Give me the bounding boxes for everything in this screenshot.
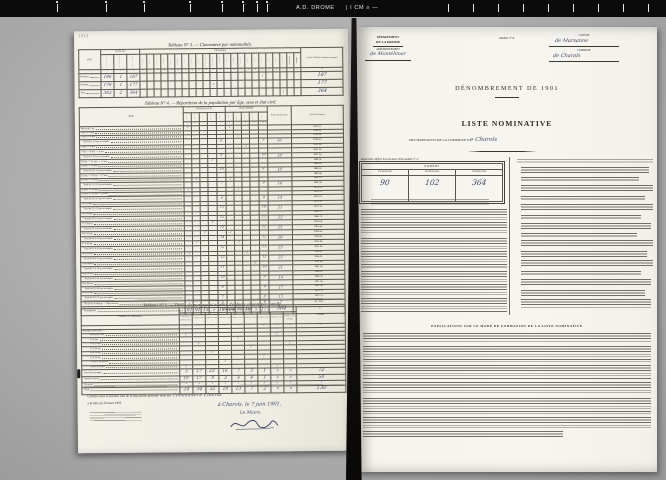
ruler-tick-label bbox=[242, 1, 244, 3]
ruler-tick bbox=[243, 4, 244, 12]
count-cell: 32 bbox=[206, 386, 219, 393]
francais-count: 364 bbox=[127, 89, 140, 97]
count-cell: 24 bbox=[180, 386, 193, 393]
col-header: Par naturalisation. bbox=[114, 54, 127, 69]
report-value: 102 bbox=[409, 176, 456, 202]
printed-text-block bbox=[363, 382, 651, 395]
col-header-age: ÂGE. bbox=[79, 107, 183, 127]
printed-text-block bbox=[521, 299, 651, 309]
col-header-duree: DURÉE DU MARIAGE. bbox=[81, 308, 179, 326]
microfilm-ruler: A.D. DROME | I CM ≡ — bbox=[0, 0, 666, 17]
etranger-count: · bbox=[231, 88, 238, 96]
header-rule bbox=[365, 60, 411, 61]
printed-text-block bbox=[363, 398, 651, 414]
etranger-count bbox=[175, 89, 182, 97]
etranger-count bbox=[266, 72, 273, 80]
col-header: 3 enfants vivants. bbox=[218, 312, 231, 324]
francais-count: 176 bbox=[101, 82, 114, 90]
scale-label: | I CM ≡ — bbox=[346, 5, 378, 11]
etranger-count bbox=[294, 88, 301, 96]
commune-label: COMMUNE bbox=[549, 49, 619, 52]
habitants-printed: DES HABITANTS DE LA COMMUNE D bbox=[409, 138, 469, 142]
printed-text-block bbox=[361, 298, 507, 312]
printed-text-block bbox=[363, 333, 651, 343]
printed-text-block bbox=[521, 185, 653, 193]
denombrement-title: DÉNOMBREMENT DE 1901 bbox=[357, 85, 657, 92]
etranger-count: · bbox=[140, 73, 147, 81]
header-rule bbox=[549, 46, 619, 47]
francais-count: 2 bbox=[114, 89, 127, 97]
etranger-count bbox=[231, 72, 238, 80]
printed-text-block bbox=[521, 167, 649, 174]
col-header: Garçons. bbox=[183, 113, 191, 122]
etranger-count bbox=[154, 89, 161, 97]
etranger-count bbox=[154, 81, 161, 89]
report-value: 90 bbox=[362, 176, 409, 202]
etranger-count bbox=[168, 73, 175, 81]
etranger-count bbox=[196, 81, 203, 89]
etranger-count: · bbox=[280, 72, 287, 80]
etranger-count bbox=[224, 88, 231, 96]
etranger-count bbox=[154, 73, 161, 81]
etranger-count bbox=[140, 81, 147, 89]
printed-text-block bbox=[517, 159, 653, 163]
francais-count: 186 bbox=[101, 74, 114, 82]
col-header: Divorcés. bbox=[207, 112, 216, 121]
printed-text-block bbox=[521, 251, 647, 257]
mayor-signature bbox=[228, 415, 280, 431]
table-row: 90102364 bbox=[362, 176, 503, 202]
etranger-count bbox=[231, 80, 238, 88]
etranger-count: · bbox=[203, 81, 210, 89]
column-divider bbox=[509, 157, 510, 315]
etranger-count bbox=[252, 80, 259, 88]
col-header: Total. bbox=[258, 112, 267, 121]
etranger-count bbox=[196, 73, 203, 81]
ruler-tick bbox=[623, 4, 624, 12]
col-header-sexe: SEXE. bbox=[79, 50, 101, 71]
etranger-count bbox=[245, 80, 252, 88]
arrondissement-label: ARRONDISSEMENT bbox=[359, 48, 417, 51]
etranger-count bbox=[175, 81, 182, 89]
etranger-count: 1 bbox=[259, 72, 266, 80]
printed-text-block bbox=[521, 223, 651, 230]
col-header-total: TOTAL des deux sexes. bbox=[267, 106, 291, 125]
ruler-tick bbox=[523, 4, 524, 12]
etranger-count bbox=[217, 73, 224, 81]
etranger-count: 1 bbox=[210, 81, 217, 89]
etranger-count bbox=[147, 81, 154, 89]
etranger-count bbox=[224, 80, 231, 88]
printed-text-block bbox=[521, 260, 653, 268]
col-header: Veufs. bbox=[199, 113, 207, 122]
etranger-count bbox=[161, 73, 168, 81]
departement-value: DE LA DROME bbox=[359, 40, 417, 44]
etranger-count bbox=[140, 89, 147, 97]
ink-blot bbox=[77, 369, 80, 378]
etranger-count: · bbox=[175, 73, 182, 81]
ruler-tick bbox=[598, 4, 599, 12]
col-header: 6 enfants vivants. bbox=[257, 312, 270, 324]
ruler-tick-label bbox=[105, 1, 107, 3]
report-caption: Report des chiffres inscrits dans l'État… bbox=[361, 158, 419, 161]
etranger-count bbox=[189, 73, 196, 81]
etranger-count bbox=[259, 80, 266, 88]
count-cell: 2 bbox=[258, 386, 271, 393]
ruler-tick bbox=[267, 4, 268, 12]
etranger-count bbox=[189, 89, 196, 97]
col-header: 1 enfant vivant. bbox=[192, 313, 205, 325]
etranger-count bbox=[182, 81, 189, 89]
col-header: Mariés. bbox=[191, 113, 199, 122]
ruler-tick bbox=[144, 4, 145, 12]
count-cell: 34 bbox=[193, 386, 206, 393]
col-header: Filles. bbox=[225, 112, 233, 121]
printed-text-block bbox=[521, 240, 653, 248]
printed-text-block bbox=[363, 365, 651, 379]
etranger-count bbox=[182, 89, 189, 97]
etranger-count bbox=[203, 89, 210, 97]
col-header: Veuves. bbox=[241, 112, 249, 121]
etranger-count: · bbox=[238, 80, 245, 88]
ruler-tick bbox=[57, 4, 58, 12]
row-label: Total. bbox=[82, 387, 180, 395]
printed-text-block bbox=[521, 177, 639, 182]
printed-text-block bbox=[361, 271, 507, 295]
tapered-divider bbox=[467, 151, 537, 152]
col-header: Total. bbox=[216, 112, 225, 121]
ruler-tick-label bbox=[143, 1, 145, 3]
francais-count: 362 bbox=[101, 90, 114, 98]
ruler-tick-label bbox=[221, 1, 223, 3]
printed-text-block bbox=[371, 199, 489, 205]
etranger-count bbox=[168, 89, 175, 97]
etranger-count: · bbox=[210, 73, 217, 81]
left-page-statistics: 1913 Tableau N° 3. — Classement par nati… bbox=[74, 29, 352, 454]
etranger-count bbox=[147, 73, 154, 81]
col-header: Total des étrangers. bbox=[294, 53, 301, 68]
francais-count: 177 bbox=[127, 81, 140, 89]
certification-date-printed: à la date du 29 mars 1901. bbox=[88, 401, 123, 405]
modele-number: Modèle n° 8. bbox=[467, 36, 547, 40]
printed-text-block bbox=[521, 196, 645, 201]
ruler-tick-label bbox=[266, 1, 268, 3]
etranger-count bbox=[203, 73, 210, 81]
pencil-note: 1913 bbox=[78, 33, 88, 38]
col-header: 7 enfants vivants. bbox=[270, 312, 283, 324]
etranger-count bbox=[238, 88, 245, 96]
departement-label: DÉPARTEMENT bbox=[359, 35, 417, 39]
count-cell: » bbox=[271, 386, 284, 393]
etranger-count: · bbox=[168, 81, 175, 89]
total-count: 364 bbox=[301, 87, 343, 95]
count-cell: » bbox=[284, 385, 297, 392]
footnotes-small-print bbox=[90, 412, 142, 422]
printed-text-block bbox=[363, 431, 563, 437]
canton-handwritten: de Marsanne bbox=[555, 38, 589, 44]
report-value: 364 bbox=[456, 176, 503, 202]
printed-text-block bbox=[361, 238, 507, 268]
etranger-count bbox=[182, 73, 189, 81]
etranger-count bbox=[217, 89, 224, 97]
count-cell: 7 bbox=[245, 386, 258, 393]
etranger-count bbox=[245, 88, 252, 96]
etranger-count: · bbox=[245, 72, 252, 80]
etranger-count bbox=[238, 72, 245, 80]
printed-text-block bbox=[363, 417, 651, 428]
ruler-tick bbox=[448, 4, 449, 12]
printed-text-block bbox=[521, 233, 637, 237]
etranger-count bbox=[266, 80, 273, 88]
printed-text-block bbox=[363, 346, 651, 362]
row-total: 130 bbox=[297, 385, 346, 392]
count-cell: 18 bbox=[219, 386, 232, 393]
report-table: NOMBREDE MAISONSDE MÉNAGESD'HABITANTS901… bbox=[361, 163, 503, 202]
printed-text-block bbox=[361, 209, 507, 235]
ruler-tick bbox=[257, 4, 258, 12]
col-header: Divorcées. bbox=[249, 112, 258, 121]
count-cell: 13 bbox=[232, 386, 245, 393]
table3-nationalites: SEXE.FRANÇAIS.ÉTRANGERS.TOTAL GÉNÉRAL (F… bbox=[78, 47, 344, 99]
etranger-count bbox=[252, 72, 259, 80]
col-header: 5 enfants vivants. bbox=[244, 312, 257, 324]
habitants-handwritten: e Charols bbox=[470, 137, 498, 143]
row-label: Total. bbox=[79, 90, 101, 98]
arrondissement-handwritten: de Montélimar bbox=[359, 52, 418, 57]
canton-label: CANTON bbox=[549, 34, 619, 37]
header-rule bbox=[373, 46, 403, 47]
col-header: Mariées. bbox=[233, 112, 241, 121]
row-label: Hommes. bbox=[79, 74, 101, 82]
explications-title: EXPLICATIONS SUR LE MODE DE FORMATION DE… bbox=[357, 324, 657, 328]
ruler-tick bbox=[548, 4, 549, 12]
etranger-count bbox=[294, 72, 301, 80]
title-rule bbox=[495, 97, 519, 98]
etranger-count: · bbox=[196, 89, 203, 97]
header-rule bbox=[549, 61, 619, 62]
ruler-tick bbox=[106, 4, 107, 12]
etranger-count bbox=[287, 72, 294, 80]
col-header-dates: DATES de naissance. bbox=[291, 105, 343, 125]
certification-handwritten-date: à Charols, le 7 juin 1901. bbox=[217, 401, 282, 408]
microfilm-scan-viewport: A.D. DROME | I CM ≡ — 1913 Tableau N° 3.… bbox=[0, 0, 666, 480]
etranger-count: · bbox=[161, 89, 168, 97]
etranger-count bbox=[161, 81, 168, 89]
etranger-count bbox=[217, 81, 224, 89]
francais-count: 1 bbox=[114, 73, 127, 81]
ruler-tick bbox=[573, 4, 574, 12]
liste-nominative-title: LISTE NOMINATIVE bbox=[357, 119, 657, 128]
ruler-tick bbox=[473, 4, 474, 12]
col-header: 4 enfants vivants. bbox=[231, 312, 244, 324]
habitants-line: DES HABITANTS DE LA COMMUNE D e Charols bbox=[409, 137, 497, 143]
col-header: 8 enfants vivants et au-delà. bbox=[283, 312, 296, 324]
ruler-tick-label bbox=[256, 1, 258, 3]
table5-mariages: DURÉE DU MARIAGE.NOMBRE DES FAMILLES AYA… bbox=[81, 306, 347, 395]
ruler-tick-label bbox=[189, 1, 191, 3]
row-label: Femmes. bbox=[79, 82, 101, 90]
printed-text-block bbox=[521, 290, 645, 296]
commune-handwritten: de Charols bbox=[553, 53, 581, 59]
archive-label: A.D. DROME bbox=[296, 5, 335, 11]
col-header-total: TOTAL. bbox=[296, 306, 345, 323]
ruler-tick bbox=[190, 4, 191, 12]
etranger-count bbox=[147, 89, 154, 97]
printed-text-block bbox=[521, 215, 641, 220]
right-page-liste-nominative: DÉPARTEMENT DE LA DROME ARRONDISSEMENT d… bbox=[357, 27, 657, 472]
ruler-tick-label bbox=[56, 1, 58, 3]
etranger-count: · bbox=[273, 80, 280, 88]
col-header: N'ayant pas d'enfant vivant. bbox=[179, 313, 192, 325]
col-header: Total des Français. bbox=[127, 54, 140, 69]
etranger-count bbox=[294, 80, 301, 88]
etranger-count bbox=[189, 81, 196, 89]
ruler-tick bbox=[498, 4, 499, 12]
francais-count: 187 bbox=[127, 73, 140, 81]
col-header: Par naissance. bbox=[101, 54, 114, 69]
etranger-count bbox=[273, 72, 280, 80]
printed-text-block bbox=[521, 204, 653, 212]
ruler-tick bbox=[648, 4, 649, 12]
table4-ages: ÂGE.SEXE MASCULIN.SEXE FÉMININ.TOTAL des… bbox=[79, 105, 346, 317]
col-header-total: TOTAL GÉNÉRAL (Français et étrangers). bbox=[301, 47, 343, 68]
francais-count: 1 bbox=[114, 81, 127, 89]
ruler-tick bbox=[222, 4, 223, 12]
printed-text-block bbox=[521, 271, 641, 276]
etranger-count bbox=[210, 89, 217, 97]
printed-text-block bbox=[521, 279, 651, 287]
col-header: 2 enfants vivants. bbox=[205, 312, 218, 324]
etranger-count bbox=[224, 72, 231, 80]
